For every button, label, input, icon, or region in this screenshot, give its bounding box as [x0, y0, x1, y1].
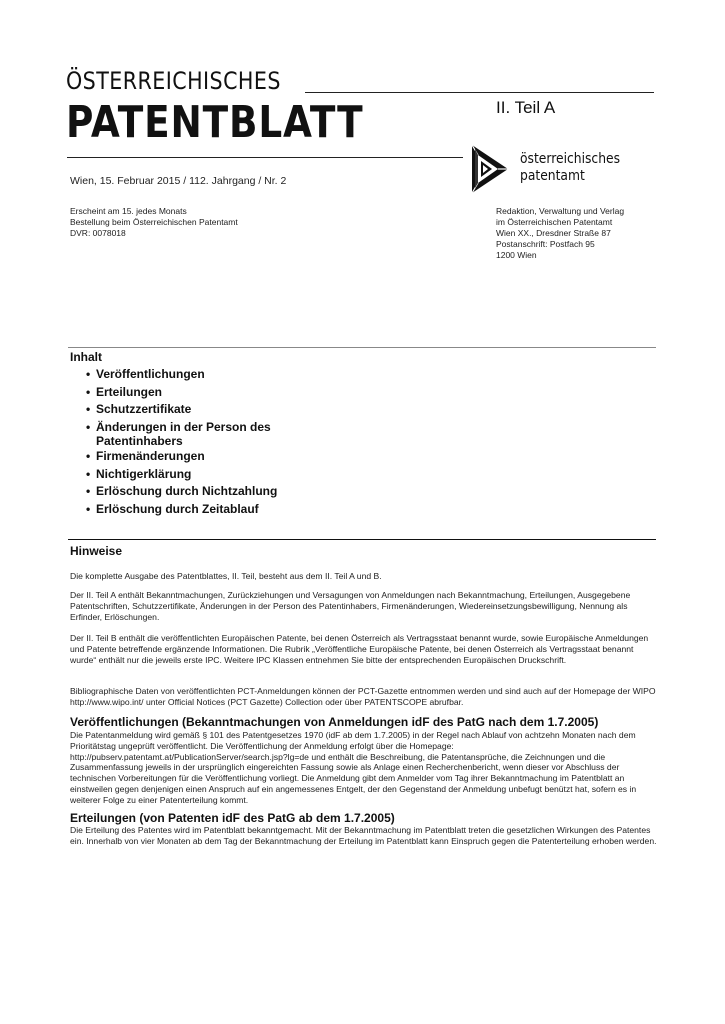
bullet-icon: •: [86, 502, 90, 516]
contents-item: •Erteilungen: [86, 385, 346, 399]
notes-paragraph: Der II. Teil B enthält die veröffentlich…: [70, 633, 658, 665]
contents-item: •Nichtigerklärung: [86, 467, 346, 481]
masthead-title-top: ÖSTERREICHISCHES: [66, 66, 281, 96]
contents-item: •Veröffentlichungen: [86, 367, 346, 381]
contents-item: •Erlöschung durch Nichtzahlung: [86, 484, 346, 498]
notes-heading: Hinweise: [70, 544, 122, 558]
contents-item: •Firmenänderungen: [86, 449, 346, 463]
divider: [68, 539, 656, 540]
section-text-grants: Die Erteilung des Patentes wird im Paten…: [70, 825, 658, 847]
divider: [68, 347, 656, 348]
info-line: Erscheint am 15. jedes Monats: [70, 206, 238, 217]
info-line: DVR: 0078018: [70, 228, 238, 239]
address-line: Postanschrift: Postfach 95: [496, 239, 624, 250]
contents-list: •Veröffentlichungen •Erteilungen •Schutz…: [86, 367, 346, 519]
bullet-icon: •: [86, 420, 90, 434]
part-label: II. Teil A: [496, 98, 555, 118]
logo-line-1: österreichisches: [520, 151, 620, 168]
publication-info: Erscheint am 15. jedes Monats Bestellung…: [70, 206, 238, 239]
notes-paragraph: Die komplette Ausgabe des Patentblattes,…: [70, 571, 658, 582]
notes-paragraph: Der II. Teil A enthält Bekanntmachungen,…: [70, 590, 658, 622]
info-line: Bestellung beim Österreichischen Patenta…: [70, 217, 238, 228]
address-line: 1200 Wien: [496, 250, 624, 261]
masthead-title-main: PATENTBLATT: [66, 97, 364, 149]
bullet-icon: •: [86, 467, 90, 481]
address-line: Wien XX., Dresdner Straße 87: [496, 228, 624, 239]
logo-line-2: patentamt: [520, 168, 620, 185]
address-line: im Österreichischen Patentamt: [496, 217, 624, 228]
contents-item: •Schutzzertifikate: [86, 402, 346, 416]
impossible-triangle-logo-icon: [470, 143, 510, 195]
section-heading-grants: Erteilungen (von Patenten idF des PatG a…: [70, 811, 395, 825]
contents-item: •Änderungen in der Person des Patentinha…: [86, 420, 346, 448]
masthead-rule-top: [305, 92, 654, 93]
bullet-icon: •: [86, 367, 90, 381]
address-line: Redaktion, Verwaltung und Verlag: [496, 206, 624, 217]
bullet-icon: •: [86, 385, 90, 399]
contents-heading: Inhalt: [70, 350, 102, 364]
section-text-publications: Die Patentanmeldung wird gemäß § 101 des…: [70, 730, 658, 806]
publisher-address: Redaktion, Verwaltung und Verlag im Öste…: [496, 206, 624, 261]
logo-wordmark: österreichisches patentamt: [520, 151, 620, 185]
masthead-rule-bottom: [67, 157, 463, 158]
section-heading-publications: Veröffentlichungen (Bekanntmachungen von…: [70, 715, 598, 729]
contents-item: •Erlöschung durch Zeitablauf: [86, 502, 346, 516]
notes-paragraph: Bibliographische Daten von veröffentlich…: [70, 686, 658, 708]
bullet-icon: •: [86, 402, 90, 416]
bullet-icon: •: [86, 484, 90, 498]
bullet-icon: •: [86, 449, 90, 463]
issue-line: Wien, 15. Februar 2015 / 112. Jahrgang /…: [70, 175, 286, 187]
